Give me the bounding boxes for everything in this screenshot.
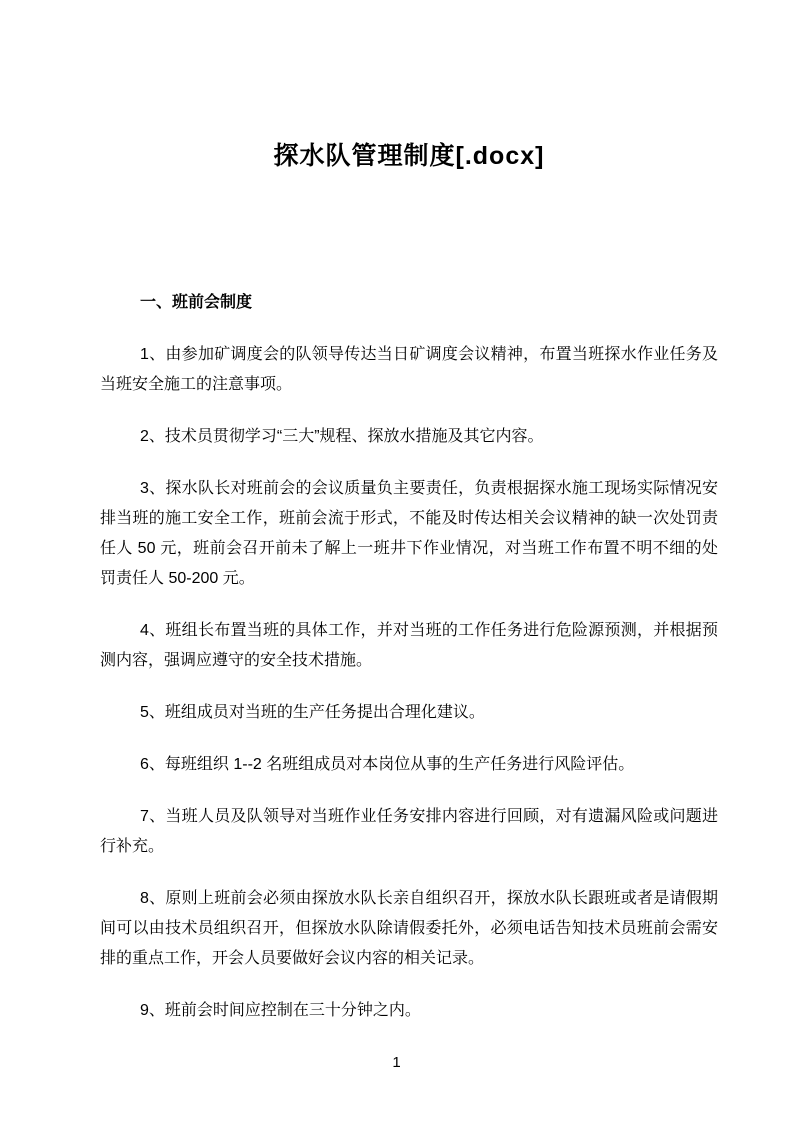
document-title: 探水队管理制度[.docx] bbox=[100, 139, 718, 173]
paragraph-1: 1、由参加矿调度会的队领导传达当日矿调度会议精神，布置当班探水作业任务及当班安全… bbox=[100, 340, 718, 400]
paragraph-2: 2、技术员贯彻学习“三大”规程、探放水措施及其它内容。 bbox=[100, 422, 718, 452]
paragraph-6: 6、每班组织 1--2 名班组成员对本岗位从事的生产任务进行风险评估。 bbox=[100, 750, 718, 780]
paragraph-8: 8、原则上班前会必须由探放水队长亲自组织召开，探放水队长跟班或者是请假期间可以由… bbox=[100, 884, 718, 974]
section-heading: 一、班前会制度 bbox=[100, 288, 718, 318]
document-page: 探水队管理制度[.docx] 一、班前会制度 1、由参加矿调度会的队领导传达当日… bbox=[0, 0, 793, 1122]
paragraph-5: 5、班组成员对当班的生产任务提出合理化建议。 bbox=[100, 698, 718, 728]
paragraph-7: 7、当班人员及队领导对当班作业任务安排内容进行回顾，对有遗漏风险或问题进行补充。 bbox=[100, 802, 718, 862]
document-body: 一、班前会制度 1、由参加矿调度会的队领导传达当日矿调度会议精神，布置当班探水作… bbox=[100, 288, 718, 1048]
paragraph-4: 4、班组长布置当班的具体工作，并对当班的工作任务进行危险源预测，并根据预测内容，… bbox=[100, 616, 718, 676]
page-number: 1 bbox=[0, 1051, 793, 1075]
paragraph-9: 9、班前会时间应控制在三十分钟之内。 bbox=[100, 996, 718, 1026]
paragraph-3: 3、探水队长对班前会的会议质量负主要责任，负责根据探水施工现场实际情况安排当班的… bbox=[100, 474, 718, 594]
